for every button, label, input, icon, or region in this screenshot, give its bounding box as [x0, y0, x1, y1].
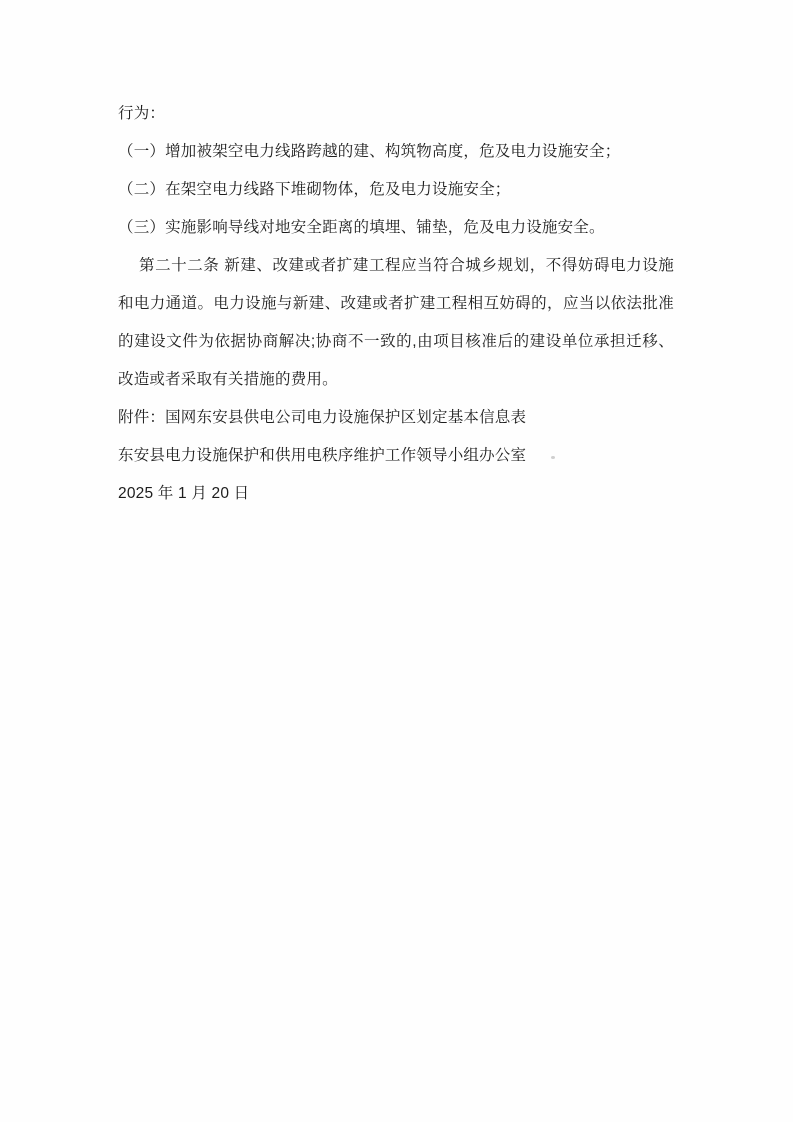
clause-item-2: （二）在架空电力线路下堆砌物体，危及电力设施安全； — [118, 171, 674, 209]
scanned-document-page: 行为： （一）增加被架空电力线路跨越的建、构筑物高度，危及电力设施安全； （二）… — [0, 0, 793, 1122]
attachment-line: 附件：国网东安县供电公司电力设施保护区划定基本信息表 — [118, 399, 674, 437]
issuing-office-line: 东安县电力设施保护和供用电秩序维护工作领导小组办公室 — [118, 437, 674, 475]
clause-item-1: （一）增加被架空电力线路跨越的建、构筑物高度，危及电力设施安全； — [118, 133, 674, 171]
document-body: 行为： （一）增加被架空电力线路跨越的建、构筑物高度，危及电力设施安全； （二）… — [118, 95, 674, 513]
intro-continuation-line: 行为： — [118, 95, 674, 133]
scan-artifact-speck — [551, 456, 555, 459]
date-line: 2025 年 1 月 20 日 — [118, 475, 674, 513]
article-22-paragraph: 第二十二条 新建、改建或者扩建工程应当符合城乡规划，不得妨碍电力设施和电力通道。… — [118, 247, 674, 399]
clause-item-3: （三）实施影响导线对地安全距离的填埋、铺垫，危及电力设施安全。 — [118, 209, 674, 247]
